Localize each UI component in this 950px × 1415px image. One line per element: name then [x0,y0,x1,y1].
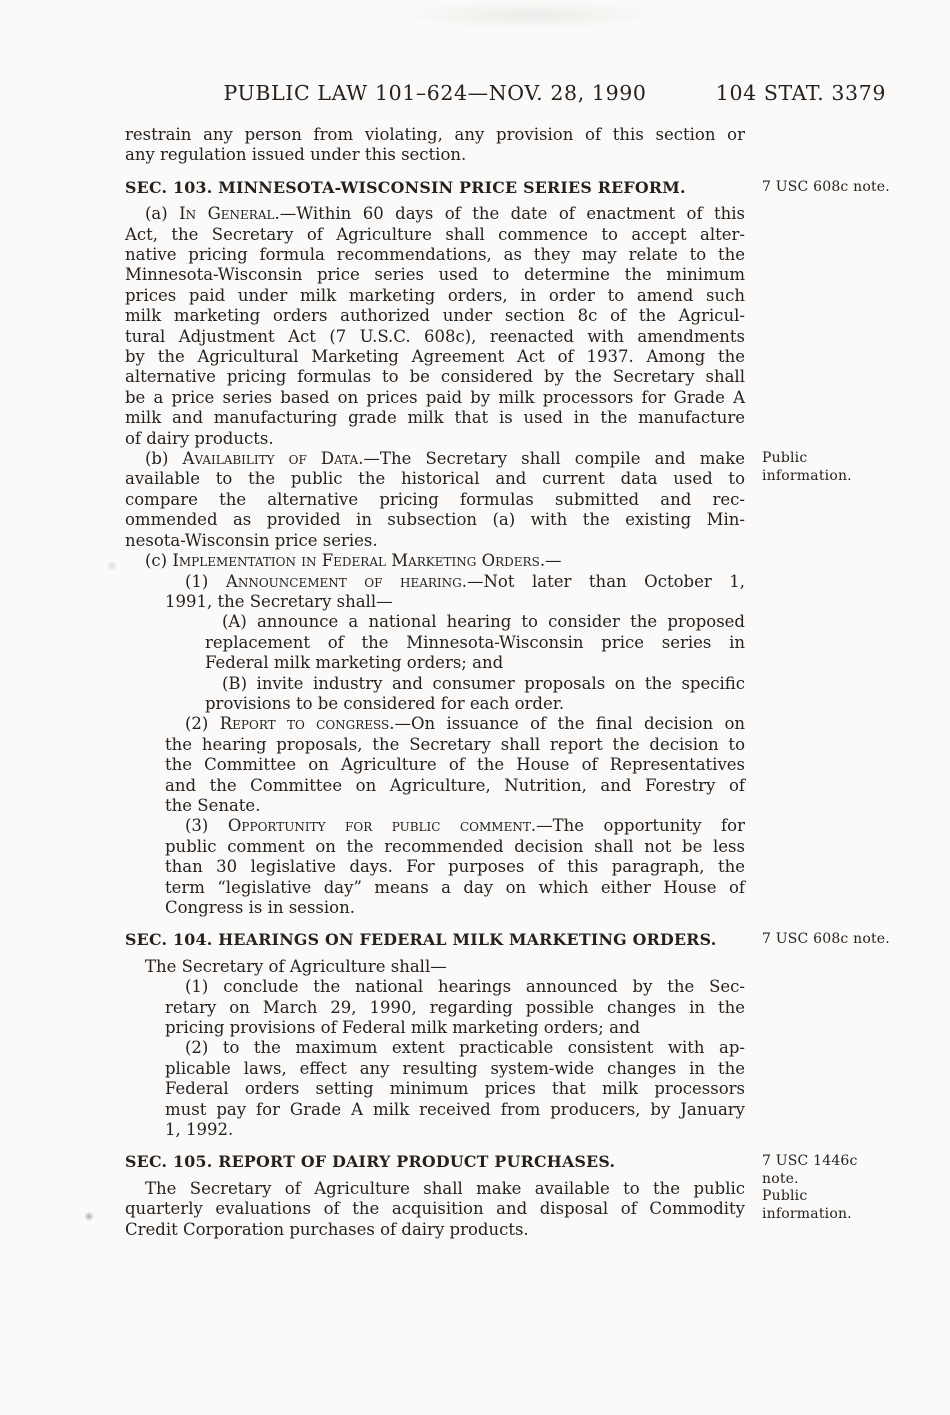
margin-note-line: 7 USC 608c note. [762,179,890,195]
margin-note-line: Public [762,1188,807,1204]
text-line: (2) to the maximum extent practicable co… [125,1038,745,1058]
content-column: restrain any person from violating, any … [125,125,745,1240]
text-line: (b) Availability of Data.—The Secretary … [125,449,745,469]
text-segment: plicable laws, effect any resulting syst… [165,1059,745,1078]
text-segment: be a price series based on prices paid b… [125,388,745,407]
text-segment: (A) announce a national hearing to consi… [222,612,745,631]
text-segment: by the Agricultural Marketing Agreement … [125,347,745,366]
text-segment: term “legislative day” means a day on wh… [165,878,745,897]
text-line: milk and manufacturing grade milk that i… [125,408,745,428]
text-line: The Secretary of Agriculture shall make … [125,1179,745,1199]
text-segment: Act, the Secretary of Agriculture shall … [125,225,745,244]
text-segment: tural Adjustment Act (7 U.S.C. 608c), re… [125,327,745,346]
body-paragraph: (a) In General.—Within 60 days of the da… [125,204,745,449]
text-line: Credit Corporation purchases of dairy pr… [125,1220,745,1240]
text-line: (c) Implementation in Federal Marketing … [125,551,745,571]
body-paragraph: The Secretary of Agriculture shall make … [125,1179,745,1240]
text-segment: than 30 legislative days. For purposes o… [165,857,745,876]
scan-smudge-artifact [400,0,660,30]
running-head-stat-number: 104 STAT. 3379 [716,81,886,105]
text-segment: and the Committee on Agriculture, Nutrit… [165,776,745,795]
statute-page: PUBLIC LAW 101–624—NOV. 28, 1990 104 STA… [0,0,950,1415]
text-segment: compare the alternative pricing formulas… [125,490,745,509]
text-segment: must pay for Grade A milk received from … [165,1100,745,1119]
text-segment: alternative pricing formulas to be consi… [125,367,745,386]
text-line: any regulation issued under this section… [125,145,745,165]
text-line: (2) Report to congress.—On issuance of t… [125,714,745,734]
text-segment: Federal orders setting minimum prices th… [165,1079,745,1098]
text-segment: milk and manufacturing grade milk that i… [125,408,745,427]
text-segment: .—Not later than October 1, [462,572,745,591]
text-segment: restrain any person from violating, any … [125,125,745,144]
margin-note-line: Public [762,450,807,466]
small-caps-term: Announcement of hearing [226,572,462,591]
text-line: public comment on the recommended decisi… [125,837,745,857]
text-line: (1) Announcement of hearing.—Not later t… [125,572,745,592]
text-line: 1, 1992. [125,1120,745,1140]
text-segment: (2) to the maximum extent practicable co… [185,1038,745,1057]
margin-note-line: information. [762,468,852,484]
text-line: nesota-Wisconsin price series. [125,531,745,551]
text-segment: SEC. 103. MINNESOTA-WISCONSIN PRICE SERI… [125,178,686,197]
text-line: native pricing formula recommendations, … [125,245,745,265]
text-segment: .—Within 60 days of the date of enactmen… [274,204,745,223]
body-paragraph: The Secretary of Agriculture shall— [125,957,745,977]
margin-note-line: 7 USC 1446c [762,1153,858,1169]
text-line: pricing provisions of Federal milk marke… [125,1018,745,1038]
text-line: Act, the Secretary of Agriculture shall … [125,225,745,245]
text-segment: the Committee on Agriculture of the Hous… [165,755,745,774]
text-segment: The Secretary of Agriculture shall— [145,957,447,976]
text-segment: (3) [185,816,228,835]
section-heading: SEC. 105. REPORT OF DAIRY PRODUCT PURCHA… [125,1152,745,1172]
text-line: Minnesota-Wisconsin price series used to… [125,265,745,285]
text-segment: Federal milk marketing orders; and [205,653,503,672]
text-segment: available to the public the historical a… [125,469,745,488]
text-segment: quarterly evaluations of the acquisition… [125,1199,745,1218]
small-caps-term: Implementation in Federal Marketing Orde… [172,551,539,570]
text-segment: (1) conclude the national hearings annou… [185,977,745,996]
text-segment: (2) [185,714,220,733]
text-line: (A) announce a national hearing to consi… [125,612,745,632]
small-caps-term: Report to congress [220,714,390,733]
text-line: prices paid under milk marketing orders,… [125,286,745,306]
small-caps-term: Opportunity for public comment [228,816,531,835]
text-line: Federal orders setting minimum prices th… [125,1079,745,1099]
text-line: restrain any person from violating, any … [125,125,745,145]
section-heading-text: SEC. 104. HEARINGS ON FEDERAL MILK MARKE… [125,930,745,950]
body-paragraph: (c) Implementation in Federal Marketing … [125,551,745,571]
text-segment: provisions to be considered for each ord… [205,694,564,713]
text-segment: 1, 1992. [165,1120,233,1139]
text-line: tural Adjustment Act (7 U.S.C. 608c), re… [125,327,745,347]
margin-note: 7 USC 1446cnote.Publicinformation. [762,1153,932,1223]
text-segment: retary on March 29, 1990, regarding poss… [165,998,745,1017]
text-line: (a) In General.—Within 60 days of the da… [125,204,745,224]
small-caps-term: Availability of Data [183,449,359,468]
text-line: provisions to be considered for each ord… [125,694,745,714]
text-segment: Minnesota-Wisconsin price series used to… [125,265,745,284]
scan-speck-artifact [84,1212,94,1221]
section-heading: SEC. 103. MINNESOTA-WISCONSIN PRICE SERI… [125,178,745,198]
text-segment: any regulation issued under this section… [125,145,466,164]
text-line: than 30 legislative days. For purposes o… [125,857,745,877]
text-segment: nesota-Wisconsin price series. [125,531,378,550]
text-segment: The Secretary of Agriculture shall make … [145,1179,745,1198]
text-segment: Congress is in session. [165,898,355,917]
text-line: replacement of the Minnesota-Wisconsin p… [125,633,745,653]
body-paragraph: (B) invite industry and consumer proposa… [125,674,745,715]
text-segment: 1991, the Secretary shall— [165,592,393,611]
text-segment: .—On issuance of the final decision on [389,714,745,733]
text-segment: .—The Secretary shall compile and make [358,449,745,468]
body-paragraph: (1) Announcement of hearing.—Not later t… [125,572,745,613]
text-line: quarterly evaluations of the acquisition… [125,1199,745,1219]
text-segment: of dairy products. [125,429,274,448]
section-heading-text: SEC. 103. MINNESOTA-WISCONSIN PRICE SERI… [125,178,745,198]
text-segment: SEC. 105. REPORT OF DAIRY PRODUCT PURCHA… [125,1152,615,1171]
body-paragraph: restrain any person from violating, any … [125,125,745,166]
text-segment: (1) [185,572,226,591]
text-segment: (c) [145,551,172,570]
text-line: the Senate. [125,796,745,816]
text-line: of dairy products. [125,429,745,449]
text-line: available to the public the historical a… [125,469,745,489]
body-paragraph: (1) conclude the national hearings annou… [125,977,745,1038]
section-heading-text: SEC. 105. REPORT OF DAIRY PRODUCT PURCHA… [125,1152,745,1172]
text-line: the hearing proposals, the Secretary sha… [125,735,745,755]
body-paragraph: (3) Opportunity for public comment.—The … [125,816,745,918]
text-segment: native pricing formula recommendations, … [125,245,745,264]
text-segment: (B) invite industry and consumer proposa… [222,674,745,693]
text-line: and the Committee on Agriculture, Nutrit… [125,776,745,796]
text-line: The Secretary of Agriculture shall— [125,957,745,977]
text-line: 1991, the Secretary shall— [125,592,745,612]
body-paragraph: (2) Report to congress.—On issuance of t… [125,714,745,816]
text-segment: prices paid under milk marketing orders,… [125,286,745,305]
text-line: ommended as provided in subsection (a) w… [125,510,745,530]
margin-note-line: 7 USC 608c note. [762,931,890,947]
scan-speck-artifact [106,561,118,571]
margin-note: 7 USC 608c note. [762,931,932,949]
text-line: be a price series based on prices paid b… [125,388,745,408]
section-heading: SEC. 104. HEARINGS ON FEDERAL MILK MARKE… [125,930,745,950]
text-segment: public comment on the recommended decisi… [165,837,745,856]
text-segment: replacement of the Minnesota-Wisconsin p… [205,633,745,652]
text-line: plicable laws, effect any resulting syst… [125,1059,745,1079]
text-line: must pay for Grade A milk received from … [125,1100,745,1120]
text-line: Congress is in session. [125,898,745,918]
text-line: (B) invite industry and consumer proposa… [125,674,745,694]
small-caps-term: In General [179,204,274,223]
text-segment: ommended as provided in subsection (a) w… [125,510,745,529]
text-segment: pricing provisions of Federal milk marke… [165,1018,640,1037]
margin-note-line: note. [762,1171,799,1187]
text-segment: .— [540,551,562,570]
margin-note-line: information. [762,1206,852,1222]
body-paragraph: (2) to the maximum extent practicable co… [125,1038,745,1140]
text-line: by the Agricultural Marketing Agreement … [125,347,745,367]
text-line: alternative pricing formulas to be consi… [125,367,745,387]
text-segment: (b) [145,449,183,468]
text-line: the Committee on Agriculture of the Hous… [125,755,745,775]
text-line: retary on March 29, 1990, regarding poss… [125,998,745,1018]
text-line: compare the alternative pricing formulas… [125,490,745,510]
text-line: milk marketing orders authorized under s… [125,306,745,326]
margin-note: Publicinformation. [762,450,932,485]
text-segment: the Senate. [165,796,260,815]
text-line: (1) conclude the national hearings annou… [125,977,745,997]
text-line: term “legislative day” means a day on wh… [125,878,745,898]
running-head-law-title: PUBLIC LAW 101–624—NOV. 28, 1990 [125,81,745,105]
text-segment: .—The opportunity for [531,816,745,835]
body-paragraph: (A) announce a national hearing to consi… [125,612,745,673]
text-segment: milk marketing orders authorized under s… [125,306,745,325]
body-paragraph: (b) Availability of Data.—The Secretary … [125,449,745,551]
text-segment: (a) [145,204,179,223]
text-line: Federal milk marketing orders; and [125,653,745,673]
margin-note: 7 USC 608c note. [762,179,932,197]
text-segment: the hearing proposals, the Secretary sha… [165,735,745,754]
text-line: (3) Opportunity for public comment.—The … [125,816,745,836]
text-segment: SEC. 104. HEARINGS ON FEDERAL MILK MARKE… [125,930,717,949]
text-segment: Credit Corporation purchases of dairy pr… [125,1220,529,1239]
